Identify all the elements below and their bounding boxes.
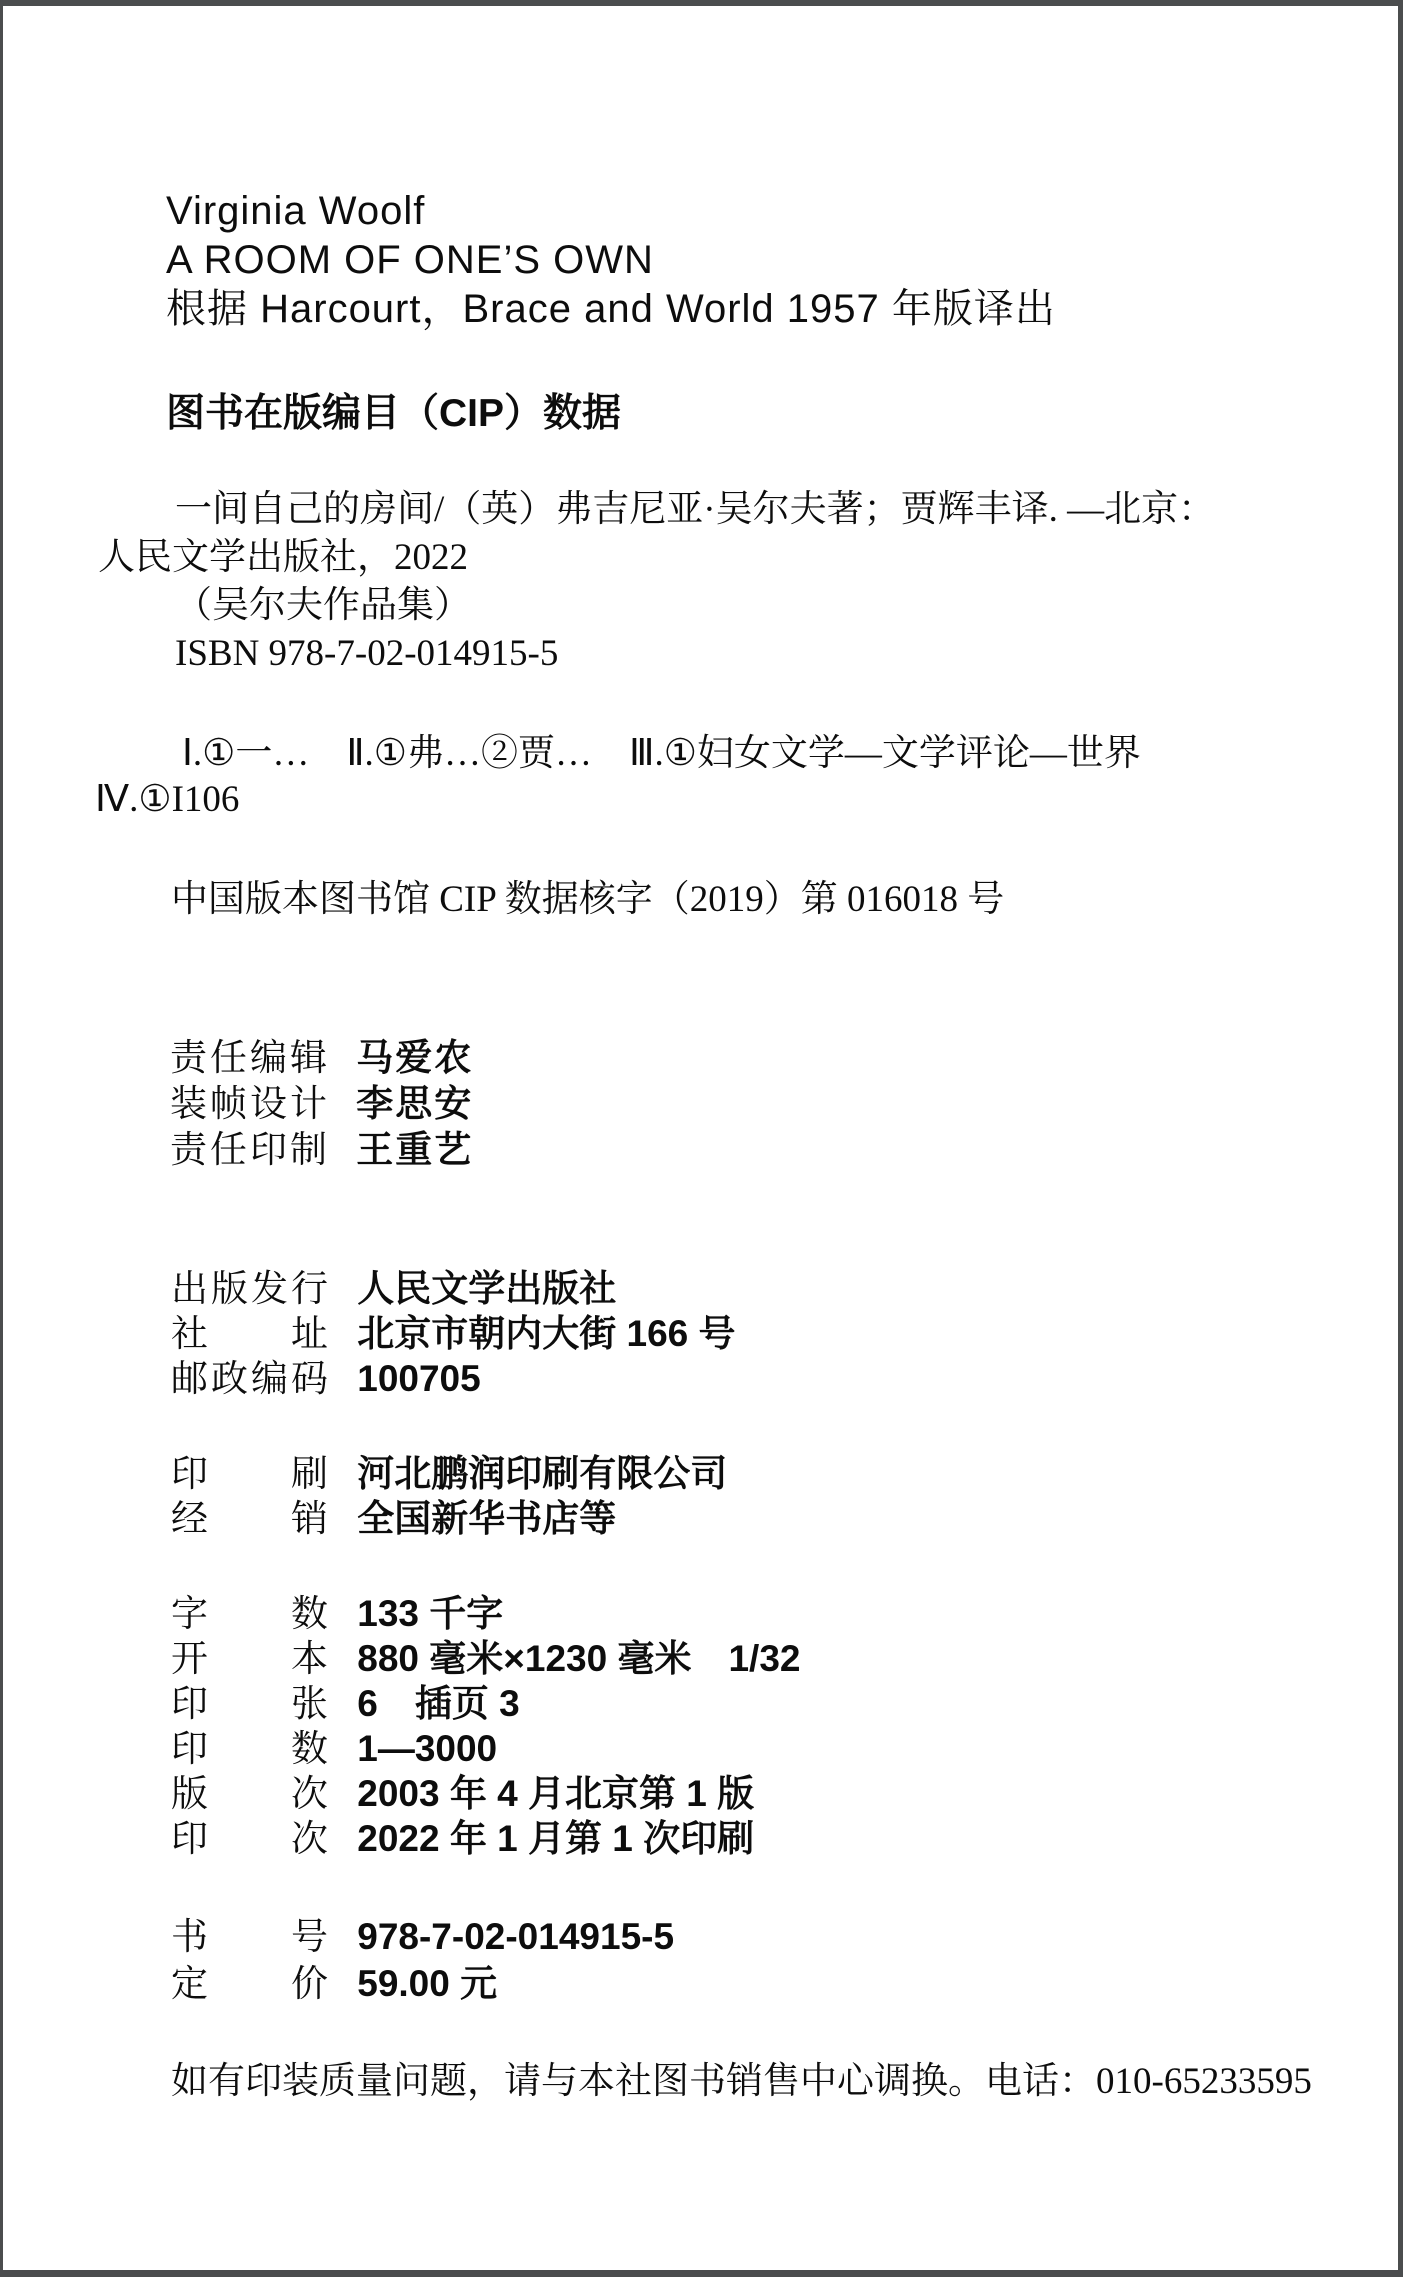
staff-value-editor: 马爱农: [356, 1037, 473, 1078]
cip-description: 一间自己的房间/（英）弗吉尼亚·吴尔夫著；贾辉丰译. —北京： 人民文学出版社，…: [98, 486, 1348, 678]
printer-label: 印刷: [171, 1452, 328, 1497]
distributor-row: 经销 全国新华书店等: [171, 1496, 727, 1541]
price-label: 定价: [171, 1961, 328, 2008]
classification-line-1: Ⅰ.①一… Ⅱ.①弗…②贾… Ⅲ.①妇女文学—文学评论—世界: [95, 731, 1345, 777]
word-count-row: 字数 133 千字: [171, 1591, 800, 1636]
original-title: A ROOM OF ONE’S OWN: [166, 236, 1056, 285]
print-run-label: 印数: [171, 1727, 328, 1772]
distributor-value: 全国新华书店等: [357, 1498, 616, 1539]
cip-record-number: 中国版本图书馆 CIP 数据核字（2019）第 016018 号: [171, 876, 1004, 924]
postcode-row: 邮政编码 100705: [171, 1356, 736, 1401]
print-run-value: 1—3000: [357, 1728, 497, 1769]
printer-value: 河北鹏润印刷有限公司: [357, 1453, 727, 1494]
edition-value: 2003 年 4 月北京第 1 版: [357, 1773, 754, 1814]
edition-label: 版次: [171, 1772, 328, 1817]
print-specs: 字数 133 千字 开本 880 毫米×1230 毫米 1/32 印张 6 插页…: [171, 1591, 800, 1861]
printing-distribution-info: 印刷 河北鹏润印刷有限公司 经销 全国新华书店等: [171, 1451, 727, 1541]
author-name: Virginia Woolf: [166, 187, 1056, 236]
distributor-label: 经销: [171, 1497, 328, 1542]
staff-row-designer: 装帧设计 李思安: [170, 1081, 473, 1127]
impression-row: 印次 2022 年 1 月第 1 次印刷: [171, 1816, 800, 1861]
price-value: 59.00 元: [357, 1963, 497, 2004]
staff-value-print-supervisor: 王重艺: [356, 1129, 473, 1170]
isbn-label: 书号: [171, 1914, 328, 1961]
staff-label-designer: 装帧设计: [170, 1082, 327, 1128]
cip-line-publisher-year: 人民文学出版社，2022: [98, 534, 1348, 582]
cip-classification: Ⅰ.①一… Ⅱ.①弗…②贾… Ⅲ.①妇女文学—文学评论—世界 Ⅳ.①I106: [95, 731, 1345, 823]
staff-label-print-supervisor: 责任印制: [170, 1128, 327, 1174]
address-label: 社址: [171, 1312, 328, 1357]
postcode-value: 100705: [357, 1358, 480, 1399]
staff-value-designer: 李思安: [356, 1083, 473, 1124]
isbn-price-info: 书号 978-7-02-014915-5 定价 59.00 元: [171, 1913, 674, 2007]
classification-line-2: Ⅳ.①I106: [95, 777, 1345, 823]
staff-credits: 责任编辑 马爱农 装帧设计 李思安 责任印制 王重艺: [170, 1035, 473, 1173]
book-copyright-page: Virginia Woolf A ROOM OF ONE’S OWN 根据 Ha…: [3, 6, 1398, 2270]
isbn-row: 书号 978-7-02-014915-5: [171, 1913, 674, 1960]
price-row: 定价 59.00 元: [171, 1960, 674, 2007]
address-row: 社址 北京市朝内大街 166 号: [171, 1311, 736, 1356]
printer-row: 印刷 河北鹏润印刷有限公司: [171, 1451, 727, 1496]
quality-exchange-note: 如有印装质量问题，请与本社图书销售中心调换。电话：010-65233595: [171, 2058, 1312, 2106]
scanned-copyright-page: { "page": { "frame_color": "#4b4d4e", "p…: [0, 0, 1403, 2277]
translation-source-note: 根据 Harcourt，Brace and World 1957 年版译出: [166, 285, 1056, 334]
publisher-row: 出版发行 人民文学出版社: [171, 1266, 736, 1311]
publisher-label: 出版发行: [171, 1267, 328, 1312]
edition-row: 版次 2003 年 4 月北京第 1 版: [171, 1771, 800, 1816]
publisher-value: 人民文学出版社: [357, 1268, 616, 1309]
impression-label: 印次: [171, 1817, 328, 1862]
cip-section-title: 图书在版编目（CIP）数据: [166, 390, 621, 438]
staff-row-print-supervisor: 责任印制 王重艺: [170, 1127, 473, 1173]
format-row: 开本 880 毫米×1230 毫米 1/32: [171, 1636, 800, 1681]
isbn-value: 978-7-02-014915-5: [357, 1916, 674, 1957]
publisher-info: 出版发行 人民文学出版社 社址 北京市朝内大街 166 号 邮政编码 10070…: [171, 1266, 736, 1401]
word-count-value: 133 千字: [357, 1593, 503, 1634]
sheets-label: 印张: [171, 1682, 328, 1727]
edition-header: Virginia Woolf A ROOM OF ONE’S OWN 根据 Ha…: [166, 187, 1056, 334]
sheets-value: 6 插页 3: [357, 1683, 519, 1724]
staff-row-editor: 责任编辑 马爱农: [170, 1035, 473, 1081]
sheets-row: 印张 6 插页 3: [171, 1681, 800, 1726]
postcode-label: 邮政编码: [171, 1357, 328, 1402]
format-value: 880 毫米×1230 毫米 1/32: [357, 1638, 800, 1679]
print-run-row: 印数 1—3000: [171, 1726, 800, 1771]
cip-line-title-statement: 一间自己的房间/（英）弗吉尼亚·吴尔夫著；贾辉丰译. —北京：: [98, 486, 1348, 534]
cip-line-isbn: ISBN 978-7-02-014915-5: [98, 630, 1348, 678]
format-label: 开本: [171, 1637, 328, 1682]
address-value: 北京市朝内大街 166 号: [357, 1313, 735, 1354]
cip-line-series: （吴尔夫作品集）: [98, 582, 1348, 630]
impression-value: 2022 年 1 月第 1 次印刷: [357, 1818, 754, 1859]
staff-label-editor: 责任编辑: [170, 1036, 327, 1082]
word-count-label: 字数: [171, 1592, 328, 1637]
